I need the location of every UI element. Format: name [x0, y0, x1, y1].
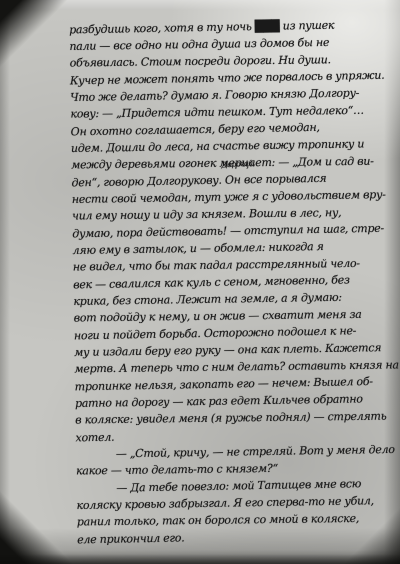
manuscript-photo: разбудишь кого, хотя в ту ночь ███ из пу… — [0, 0, 400, 564]
manuscript-text-block: разбудишь кого, хотя в ту ночь ███ из пу… — [69, 16, 400, 548]
photo-corner-shadow-bottom-left — [0, 478, 86, 564]
photo-edge-shadow-bottom — [0, 554, 400, 564]
photo-corner-shadow-top-left — [0, 0, 72, 72]
